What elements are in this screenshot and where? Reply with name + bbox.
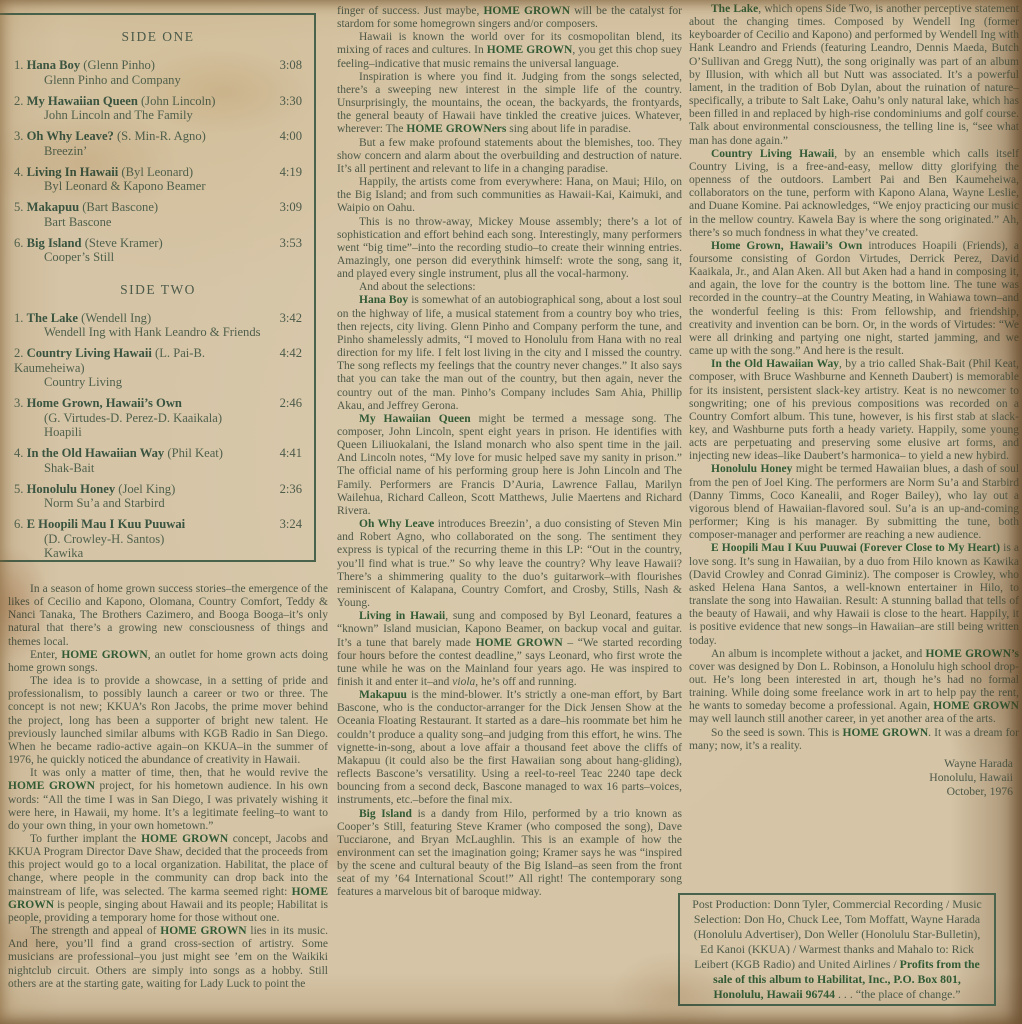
text-run: is somewhat of an autobiographical song,…: [337, 294, 682, 411]
text-run: In a season of home grown success storie…: [8, 583, 328, 648]
text-run: is people, singing about Hawaii and its …: [8, 899, 328, 924]
track-title-line: 1. Hana Boy (Glenn Pinho)3:08: [14, 58, 302, 73]
track-number: 6.: [14, 236, 27, 250]
track-number: 5.: [14, 200, 27, 214]
text-run: introduces Hoapili (Friends), a foursome…: [689, 240, 1019, 357]
side-two-section: SIDE TWO 1. The Lake (Wendell Ing)3:42We…: [14, 282, 302, 561]
track-artist: Hoapili: [14, 425, 302, 440]
paragraph: Country Living Hawaii, by an ensemble wh…: [689, 148, 1019, 240]
track-artist: Cooper’s Still: [14, 250, 302, 265]
track-row: 2. My Hawaiian Queen (John Lincoln)3:30J…: [14, 94, 302, 123]
track-title: In the Old Hawaiian Way: [27, 446, 165, 460]
track-artist: Norm Su’a and Starbird: [14, 496, 302, 511]
bold-run: HOME GROWN: [141, 833, 228, 845]
bold-run: Oh Why Leave: [359, 518, 434, 530]
paragraph: The strength and appeal of HOME GROWN li…: [8, 925, 328, 991]
track-number: 1.: [14, 311, 27, 325]
track-number: 6.: [14, 517, 27, 531]
track-title-line: 4. Living In Hawaii (Byl Leonard)4:19: [14, 165, 302, 180]
text-run: is a love song. It’s sung in Hawaiian, b…: [689, 542, 1019, 646]
bold-run: The Lake: [711, 3, 758, 15]
track-row: 3. Oh Why Leave? (S. Min-R. Agno)4:00Bre…: [14, 129, 302, 158]
track-duration: 3:09: [280, 200, 302, 215]
track-writer: (S. Min-R. Agno): [114, 129, 206, 143]
track-title-line: 2. My Hawaiian Queen (John Lincoln)3:30: [14, 94, 302, 109]
track-title-line: 3. Oh Why Leave? (S. Min-R. Agno)4:00: [14, 129, 302, 144]
bold-run: Makapuu: [359, 689, 407, 701]
track-artist: John Lincoln and The Family: [14, 108, 302, 123]
track-number: 4.: [14, 165, 27, 179]
track-title-line: 5. Honolulu Honey (Joel King)2:36: [14, 482, 302, 497]
track-row: 5. Makapuu (Bart Bascone)3:09Bart Bascon…: [14, 200, 302, 229]
paragraph: Home Grown, Hawaii’s Own introduces Hoap…: [689, 240, 1019, 358]
paragraph: Hawaii is known the world over for its c…: [337, 31, 682, 70]
track-artist: Byl Leonard & Kapono Beamer: [14, 179, 302, 194]
text-run: is a dandy from Hilo, performed by a tri…: [337, 808, 682, 899]
text-run: And about the selections:: [359, 281, 476, 293]
text-run: . . . “the place of change.”: [835, 987, 960, 1001]
bold-run: HOME GROWN: [933, 700, 1019, 712]
paragraph: It was only a matter of time, then, that…: [8, 767, 328, 833]
side-one-tracks: 1. Hana Boy (Glenn Pinho)3:08Glenn Pinho…: [14, 58, 302, 265]
text-run: sing about life in paradise.: [506, 123, 631, 135]
track-artist: Wendell Ing with Hank Leandro & Friends: [14, 325, 302, 340]
bold-run: In the Old Hawaiian Way: [711, 358, 839, 370]
track-title: Oh Why Leave?: [27, 129, 114, 143]
track-duration: 2:36: [280, 482, 302, 497]
track-title-line: 6. Big Island (Steve Kramer)3:53: [14, 236, 302, 251]
track-artist: (G. Virtudes-D. Perez-D. Kaaikala): [14, 411, 302, 426]
track-title-line: 2. Country Living Hawaii (L. Pai-B. Kaum…: [14, 346, 302, 375]
track-artist: Shak-Bait: [14, 461, 302, 476]
text-run: The idea is to provide a showcase, in a …: [8, 675, 328, 766]
track-writer: (Wendell Ing): [78, 311, 151, 325]
track-row: 2. Country Living Hawaii (L. Pai-B. Kaum…: [14, 346, 302, 390]
text-run: is the mind-blower. It’s strictly a one-…: [337, 689, 682, 806]
track-duration: 4:41: [280, 446, 302, 461]
bold-run: HOME GROWN: [483, 5, 570, 17]
bold-run: HOME GROWNers: [406, 123, 506, 135]
track-artist: (D. Crowley-H. Santos): [14, 532, 302, 547]
bold-run: Home Grown, Hawaii’s Own: [711, 240, 862, 252]
paragraph: In the Old Hawaiian Way, by a trio calle…: [689, 358, 1019, 463]
track-row: 4. Living In Hawaii (Byl Leonard)4:19Byl…: [14, 165, 302, 194]
text-run: , he’s off and running.: [475, 676, 576, 688]
side-two-heading: SIDE TWO: [14, 282, 302, 298]
tracklist-box: SIDE ONE 1. Hana Boy (Glenn Pinho)3:08Gl…: [0, 13, 316, 562]
text-run: The strength and appeal of: [30, 925, 160, 937]
track-duration: 4:42: [280, 346, 302, 361]
track-title-line: 4. In the Old Hawaiian Way (Phil Keat)4:…: [14, 446, 302, 461]
paragraph: But a few make profound statements about…: [337, 137, 682, 176]
paragraph: Oh Why Leave introduces Breezin’, a duo …: [337, 518, 682, 610]
paragraph: The idea is to provide a showcase, in a …: [8, 675, 328, 767]
track-row: 1. Hana Boy (Glenn Pinho)3:08Glenn Pinho…: [14, 58, 302, 87]
track-duration: 4:19: [280, 165, 302, 180]
paragraph: The Lake, which opens Side Two, is anoth…: [689, 3, 1019, 148]
text-run: introduces Breezin’, a duo consisting of…: [337, 518, 682, 609]
track-title: Living In Hawaii: [27, 165, 119, 179]
italic-run: viola: [452, 676, 475, 688]
bold-run: Honolulu Honey: [711, 463, 792, 475]
track-writer: (John Lincoln): [138, 94, 216, 108]
track-artist: Bart Bascone: [14, 215, 302, 230]
text-run: , by an ensemble which calls itself Coun…: [689, 148, 1019, 239]
signature-line: Wayne Harada: [689, 757, 1013, 771]
text-run: Enter,: [30, 649, 61, 661]
bold-run: Big Island: [359, 808, 412, 820]
paragraph: finger of success. Just maybe, HOME GROW…: [337, 5, 682, 31]
paragraph: Hana Boy is somewhat of an autobiographi…: [337, 294, 682, 412]
track-artist: Country Living: [14, 375, 302, 390]
bold-run: HOME GROWN: [843, 727, 929, 739]
track-duration: 3:30: [280, 94, 302, 109]
track-duration: 4:00: [280, 129, 302, 144]
text-run: , which opens Side Two, is another perce…: [689, 3, 1019, 147]
paragraph: Makapuu is the mind-blower. It’s strictl…: [337, 689, 682, 807]
bold-run: My Hawaiian Queen: [359, 413, 471, 425]
paragraph: So the seed is sown. This is HOME GROWN.…: [689, 727, 1019, 753]
track-number: 5.: [14, 482, 27, 496]
track-title-line: 3. Home Grown, Hawaii’s Own2:46: [14, 396, 302, 411]
credits-box: Post Production: Donn Tyler, Commercial …: [678, 893, 996, 1006]
right-column: The Lake, which opens Side Two, is anoth…: [689, 3, 1019, 798]
track-duration: 3:42: [280, 311, 302, 326]
paragraph: This is no throw-away, Mickey Mouse asse…: [337, 216, 682, 282]
bold-run: HOME GROWN: [487, 44, 573, 56]
track-title-line: 1. The Lake (Wendell Ing)3:42: [14, 311, 302, 326]
middle-column: finger of success. Just maybe, HOME GROW…: [337, 5, 682, 900]
track-writer: (Bart Bascone): [79, 200, 158, 214]
paragraph: In a season of home grown success storie…: [8, 583, 328, 649]
track-writer: (Steve Kramer): [82, 236, 163, 250]
text-run: To further implant the: [30, 833, 141, 845]
text-run: Happily, the artists come from everywher…: [337, 176, 682, 214]
track-row: 3. Home Grown, Hawaii’s Own2:46(G. Virtu…: [14, 396, 302, 440]
track-number: 4.: [14, 446, 27, 460]
bold-run: Living in Hawaii: [359, 610, 445, 622]
text-run: finger of success. Just maybe,: [337, 5, 483, 17]
side-two-tracks: 1. The Lake (Wendell Ing)3:42Wendell Ing…: [14, 311, 302, 561]
side-one-section: SIDE ONE 1. Hana Boy (Glenn Pinho)3:08Gl…: [14, 29, 302, 265]
paragraph: My Hawaiian Queen might be termed a mess…: [337, 413, 682, 518]
signature-line: October, 1976: [689, 785, 1013, 799]
bold-run: HOME GROWN: [8, 780, 95, 792]
track-duration: 3:24: [280, 517, 302, 532]
signature-block: Wayne HaradaHonolulu, HawaiiOctober, 197…: [689, 757, 1019, 798]
bold-run: HOME GROWN: [61, 649, 147, 661]
track-number: 2.: [14, 346, 27, 360]
track-row: 4. In the Old Hawaiian Way (Phil Keat)4:…: [14, 446, 302, 475]
bold-run: Country Living Hawaii: [711, 148, 834, 160]
side-one-heading: SIDE ONE: [14, 29, 302, 45]
track-title: Honolulu Honey: [27, 482, 116, 496]
text-run: may well launch still another career, in…: [689, 713, 996, 725]
text-run: An album is incomplete without a jacket,…: [711, 648, 925, 660]
track-number: 3.: [14, 129, 27, 143]
track-duration: 3:53: [280, 236, 302, 251]
track-artist: Kawika: [14, 546, 302, 561]
track-title: Hana Boy: [27, 58, 81, 72]
left-body-column: In a season of home grown success storie…: [8, 583, 328, 991]
track-title: Home Grown, Hawaii’s Own: [27, 396, 182, 410]
album-back-cover: SIDE ONE 1. Hana Boy (Glenn Pinho)3:08Gl…: [0, 0, 1022, 1024]
bold-run: Hana Boy: [359, 294, 408, 306]
track-writer: (Phil Keat): [164, 446, 223, 460]
paragraph: Inspiration is where you find it. Judgin…: [337, 71, 682, 137]
track-title: E Hoopili Mau I Kuu Puuwai: [27, 517, 186, 531]
right-column-paragraphs: The Lake, which opens Side Two, is anoth…: [689, 3, 1019, 753]
paragraph: Big Island is a dandy from Hilo, perform…: [337, 808, 682, 900]
paragraph: To further implant the HOME GROWN concep…: [8, 833, 328, 925]
track-title-line: 5. Makapuu (Bart Bascone)3:09: [14, 200, 302, 215]
text-run: This is no throw-away, Mickey Mouse asse…: [337, 216, 682, 281]
track-title-line: 6. E Hoopili Mau I Kuu Puuwai3:24: [14, 517, 302, 532]
signature-line: Honolulu, Hawaii: [689, 771, 1013, 785]
track-title: My Hawaiian Queen: [27, 94, 138, 108]
track-artist: Glenn Pinho and Company: [14, 73, 302, 88]
track-duration: 3:08: [280, 58, 302, 73]
track-title: Country Living Hawaii: [27, 346, 152, 360]
bold-run: E Hoopili Mau I Kuu Puuwai (Forever Clos…: [711, 542, 1000, 554]
bold-run: HOME GROWN’s: [925, 648, 1019, 660]
track-title: Big Island: [27, 236, 82, 250]
track-artist: Breezin’: [14, 144, 302, 159]
text-run: It was only a matter of time, then, that…: [30, 767, 328, 779]
paragraph: E Hoopili Mau I Kuu Puuwai (Forever Clos…: [689, 542, 1019, 647]
paragraph: Living in Hawaii, sung and composed by B…: [337, 610, 682, 689]
track-title: The Lake: [27, 311, 78, 325]
track-number: 3.: [14, 396, 27, 410]
credits-text: Post Production: Donn Tyler, Commercial …: [690, 897, 984, 1002]
paragraph: And about the selections:: [337, 281, 682, 294]
paragraph: Enter, HOME GROWN, an outlet for home gr…: [8, 649, 328, 675]
track-writer: (Joel King): [115, 482, 175, 496]
track-duration: 2:46: [280, 396, 302, 411]
text-run: So the seed is sown. This is: [711, 727, 843, 739]
bold-run: HOME GROWN: [160, 925, 246, 937]
paragraph: An album is incomplete without a jacket,…: [689, 648, 1019, 727]
text-run: , by a trio called Shak-Bait (Phil Keat,…: [689, 358, 1019, 462]
bold-run: HOME GROWN: [476, 637, 563, 649]
text-run: But a few make profound statements about…: [337, 137, 682, 175]
paragraph: Happily, the artists come from everywher…: [337, 176, 682, 215]
track-row: 1. The Lake (Wendell Ing)3:42Wendell Ing…: [14, 311, 302, 340]
track-writer: (Glenn Pinho): [80, 58, 155, 72]
track-row: 5. Honolulu Honey (Joel King)2:36Norm Su…: [14, 482, 302, 511]
track-title: Makapuu: [27, 200, 80, 214]
track-row: 6. Big Island (Steve Kramer)3:53Cooper’s…: [14, 236, 302, 265]
track-row: 6. E Hoopili Mau I Kuu Puuwai3:24(D. Cro…: [14, 517, 302, 561]
text-run: might be termed a message song. The comp…: [337, 413, 682, 517]
track-number: 1.: [14, 58, 27, 72]
paragraph: Honolulu Honey might be termed Hawaiian …: [689, 463, 1019, 542]
track-number: 2.: [14, 94, 27, 108]
track-writer: (Byl Leonard): [118, 165, 193, 179]
